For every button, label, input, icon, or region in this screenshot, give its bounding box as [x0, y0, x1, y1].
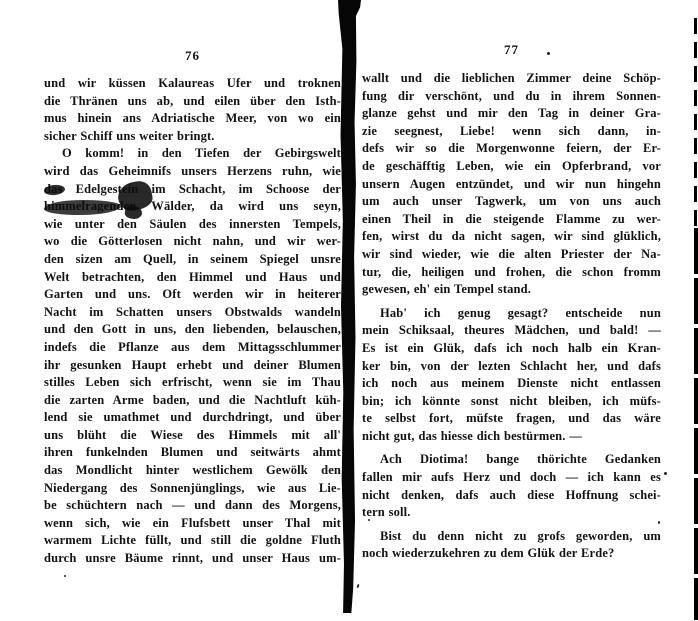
scan-edge-artifact-top — [694, 18, 697, 228]
paragraph: Hab' ich genug gesagt? entscheide nunmei… — [362, 305, 661, 446]
text-line: mus hinein ans Adriatische Meer, von wo … — [44, 110, 341, 128]
text-line: nicht denken, dafs auch diese Hoffnung s… — [362, 487, 661, 505]
text-line: zie seegnest, Liebe! wenn sich dann, in- — [362, 123, 661, 141]
page-right: 77 wallt und die lieblichen Zimmer deine… — [362, 42, 661, 563]
text-line: Niedergang des Sonnenjünglings, wie aus … — [44, 480, 341, 498]
text-line: tern soll. — [362, 504, 661, 522]
text-line: wo die Götterlosen nicht nahn, und wir w… — [44, 233, 341, 251]
text-line: fallen mir aufs Herz und doch — ich kann… — [362, 469, 661, 487]
text-line: wenn sich, wie ein Flufsbett unser Thal … — [44, 515, 341, 533]
text-line: um auch unser Tagwerk, um von uns auch — [362, 193, 661, 211]
text-line: ich noch aus meinem Dienste nicht entlas… — [362, 375, 661, 393]
text-line: defs wir so die Morgenwonne feiern, der … — [362, 140, 661, 158]
page-number-right: 77 — [362, 42, 661, 57]
scanned-book-spread: 76 und wir küssen Kalaureas Ufer und tro… — [0, 0, 698, 621]
text-line: unsern Augen entzündet, und wir nun hing… — [362, 176, 661, 194]
text-line: Ach Diotima! bange thörichte Gedanken — [362, 451, 661, 469]
page-left-text: und wir küssen Kalaureas Ufer und trokne… — [44, 75, 341, 568]
text-line: be schüchtern nach — und dann des Morgen… — [44, 497, 341, 515]
scan-speck — [664, 472, 667, 475]
text-line: stilles Leben sich erfrischt, wenn sie i… — [44, 374, 341, 392]
text-line: O komm! in den Tiefen der Gebirgswelt — [44, 145, 341, 163]
page-left: 76 und wir küssen Kalaureas Ufer und tro… — [44, 48, 341, 568]
text-line: und wir küssen Kalaureas Ufer und trokne… — [44, 75, 341, 93]
text-line: Welt betrachten, den Himmel und Haus und — [44, 269, 341, 287]
binding-gutter-shadow — [338, 0, 361, 613]
text-line: das Edelgestein im Schacht, im Schoose d… — [44, 181, 341, 199]
paragraph: und wir küssen Kalaureas Ufer und trokne… — [44, 75, 341, 145]
text-line: fung dir verschönt, und du in ihrem Sonn… — [362, 88, 661, 106]
text-line: Garten und uns. Oft werden wir in heiter… — [44, 286, 341, 304]
text-line: tur, die, heiligen und frohen, die schon… — [362, 264, 661, 282]
text-line: nicht gut, das hiesse dich bestürmen. — — [362, 428, 661, 446]
text-line: fen, wirst du da nicht sagen, wir sind g… — [362, 228, 661, 246]
paragraph: Ach Diotima! bange thörichte Gedankenfal… — [362, 451, 661, 521]
text-line: den sizen am Quell, in seinem Spiegel un… — [44, 251, 341, 269]
paragraph: wallt und die lieblichen Zimmer deine Sc… — [362, 70, 661, 299]
page-number-left: 76 — [44, 48, 341, 63]
scan-speck — [356, 584, 359, 588]
text-line: wir sind wieder, wie die alten Priester … — [362, 246, 661, 264]
text-line: Hab' ich genug gesagt? entscheide nun — [362, 305, 661, 323]
paragraph: Bist du denn nicht zu grofs geworden, um… — [362, 528, 661, 563]
text-line: wird das Geheimnifs unsers Herzens ruhn,… — [44, 163, 341, 181]
text-line: bin; ich könnte sonst nicht bleiben, ich… — [362, 393, 661, 411]
text-line: einen Theil in die steigende Flamme zu w… — [362, 211, 661, 229]
text-line: warmem Lichte füllt, und still die goldn… — [44, 532, 341, 550]
text-line: wie unter den Säulen des innersten Tempe… — [44, 216, 341, 234]
text-line: lend sie umathmet und durchdringt, und ü… — [44, 409, 341, 427]
text-line: uns blüht die Wiese des Himmels mit all' — [44, 427, 341, 445]
text-line: sicher Schiff uns weiter bringt. — [44, 128, 341, 146]
text-line: die Thränen uns ab, und eilen über den I… — [44, 93, 341, 111]
scan-speck — [658, 521, 660, 524]
text-line: Nacht im Schatten unsers Obstwalds wande… — [44, 304, 341, 322]
text-line: ihr gesunken Haupt erhebt und deiner Blu… — [44, 357, 341, 375]
text-line: glanze gehst und mir den Tag in deiner G… — [362, 105, 661, 123]
text-line: durch unsre Bäume rinnt, und unser Haus … — [44, 550, 341, 568]
scan-speck — [547, 52, 550, 55]
page-right-text: wallt und die lieblichen Zimmer deine Sc… — [362, 70, 661, 563]
text-line: Es ist ein Glük, dafs ich noch halb ein … — [362, 340, 661, 358]
text-line: wallt und die lieblichen Zimmer deine Sc… — [362, 70, 661, 88]
text-line: ker bin, von der lezten Schlacht her, un… — [362, 358, 661, 376]
text-line: die zarten Arme baden, und die Nachtluft… — [44, 392, 341, 410]
text-line: das Mondlicht hinter westlichem Gewölk d… — [44, 462, 341, 480]
text-line: gewesen, eh' ein Tempel stand. — [362, 281, 661, 299]
text-line: ihren funkelnden Blumen und seitwärts ah… — [44, 444, 341, 462]
text-line: und den Gott in uns, den liebenden, bela… — [44, 321, 341, 339]
text-line: te selbst fort, müfste fragen, und das w… — [362, 410, 661, 428]
text-line: mein Schiksaal, theures Mädchen, und bal… — [362, 322, 661, 340]
text-line: indefs die Pflanze aus dem Mittagsschlum… — [44, 339, 341, 357]
scan-speck — [64, 575, 66, 577]
text-line: Bist du denn nicht zu grofs geworden, um — [362, 528, 661, 546]
text-line: noch wiederzukehren zu dem Glük der Erde… — [362, 545, 661, 563]
scan-speck — [368, 519, 370, 521]
scan-edge-artifact-bottom — [694, 228, 698, 620]
text-line: de geschäfftig Leben, wie ein Opferbrand… — [362, 158, 661, 176]
